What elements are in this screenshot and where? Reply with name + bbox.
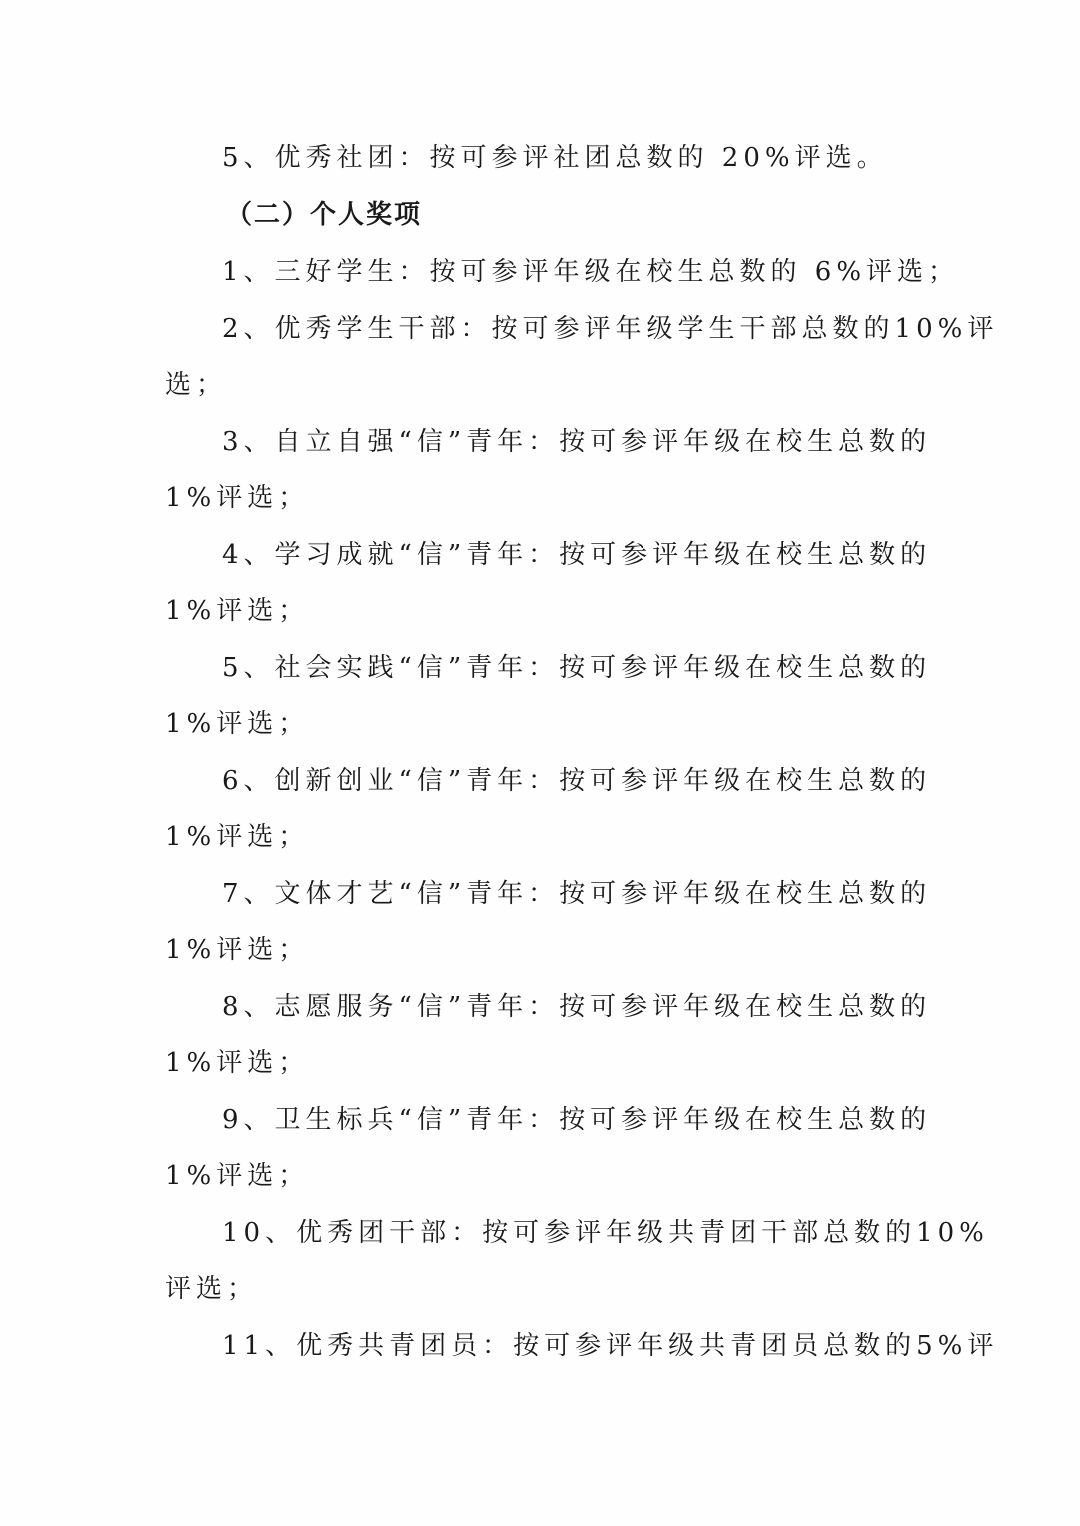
text-line: 选；	[165, 368, 227, 402]
text-line: 1%评选；	[165, 1046, 309, 1080]
text-line: 4、学习成就“信”青年：按可参评年级在校生总数的	[222, 538, 931, 572]
text-line: 1%评选；	[165, 707, 309, 741]
text-line: 1%评选；	[165, 933, 309, 967]
text-line: 8、志愿服务“信”青年：按可参评年级在校生总数的	[222, 990, 931, 1024]
text-line: 2、优秀学生干部：按可参评年级学生干部总数的10%评	[222, 312, 998, 346]
section-heading: （二）个人奖项	[226, 198, 422, 232]
text-line: 11、优秀共青团员：按可参评年级共青团员总数的5%评	[222, 1329, 998, 1363]
text-line: 3、自立自强“信”青年：按可参评年级在校生总数的	[222, 425, 931, 459]
text-line: 1、三好学生：按可参评年级在校生总数的 6%评选；	[222, 255, 959, 289]
text-line: 5、优秀社团：按可参评社团总数的 20%评选。	[222, 141, 888, 175]
text-line: 9、卫生标兵“信”青年：按可参评年级在校生总数的	[222, 1103, 931, 1137]
text-line: 评选；	[165, 1272, 258, 1306]
text-line: 1%评选；	[165, 820, 309, 854]
document-page: 5、优秀社团：按可参评社团总数的 20%评选。 （二）个人奖项 1、三好学生：按…	[0, 0, 1080, 1526]
text-line: 10、优秀团干部：按可参评年级共青团干部总数的10%	[222, 1216, 989, 1250]
text-line: 5、社会实践“信”青年：按可参评年级在校生总数的	[222, 651, 931, 685]
text-line: 1%评选；	[165, 1159, 309, 1193]
text-line: 6、创新创业“信”青年：按可参评年级在校生总数的	[222, 764, 931, 798]
text-line: 1%评选；	[165, 481, 309, 515]
text-line: 7、文体才艺“信”青年：按可参评年级在校生总数的	[222, 877, 931, 911]
text-line: 1%评选；	[165, 594, 309, 628]
